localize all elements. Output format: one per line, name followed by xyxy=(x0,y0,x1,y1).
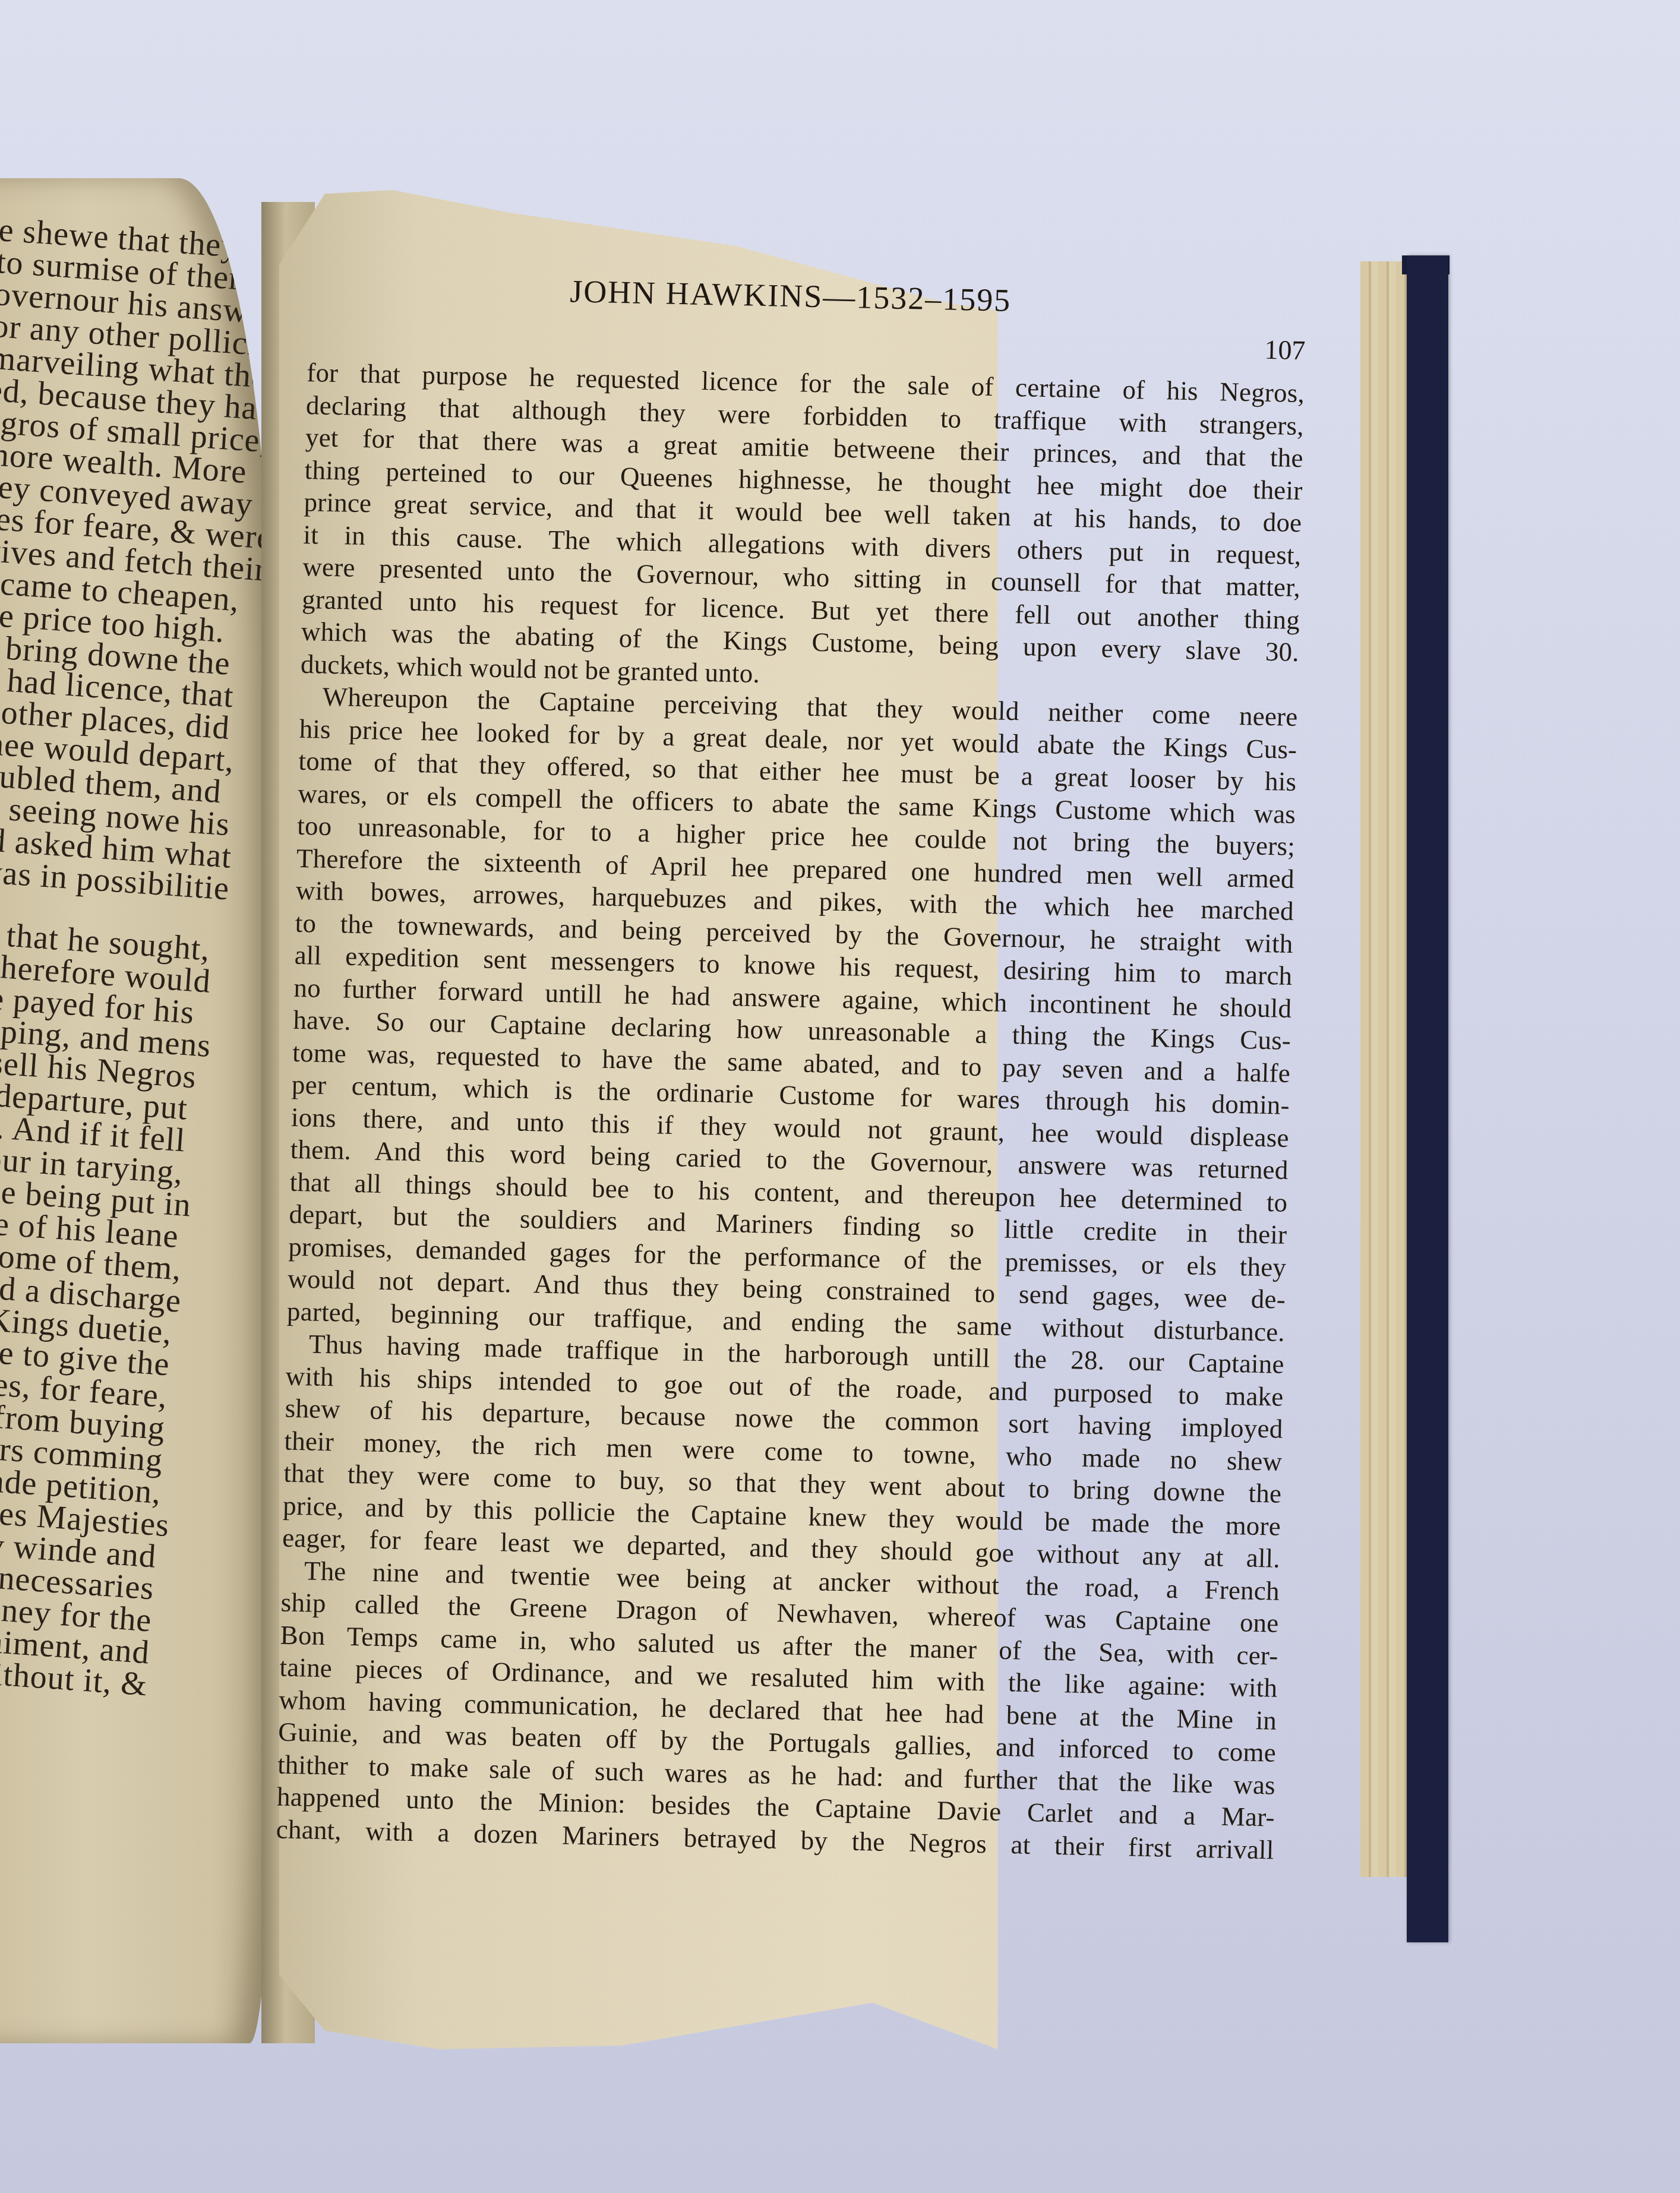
page-number: 107 xyxy=(1264,334,1306,366)
left-page-text: e shewe that they hadto surmise of them,… xyxy=(0,214,249,1701)
right-page-text: JOHN HAWKINS—1532–1595 107 for that purp… xyxy=(276,267,1306,1866)
book-photo-scene: e shewe that they hadto surmise of them,… xyxy=(0,0,1680,2193)
book-cover-edge xyxy=(1407,255,1448,1942)
left-page: e shewe that they hadto surmise of them,… xyxy=(0,178,273,2043)
running-head-title: JOHN HAWKINS—1532–1595 xyxy=(570,273,1012,319)
body-text: for that purpose he requested licence fo… xyxy=(276,356,1305,1866)
